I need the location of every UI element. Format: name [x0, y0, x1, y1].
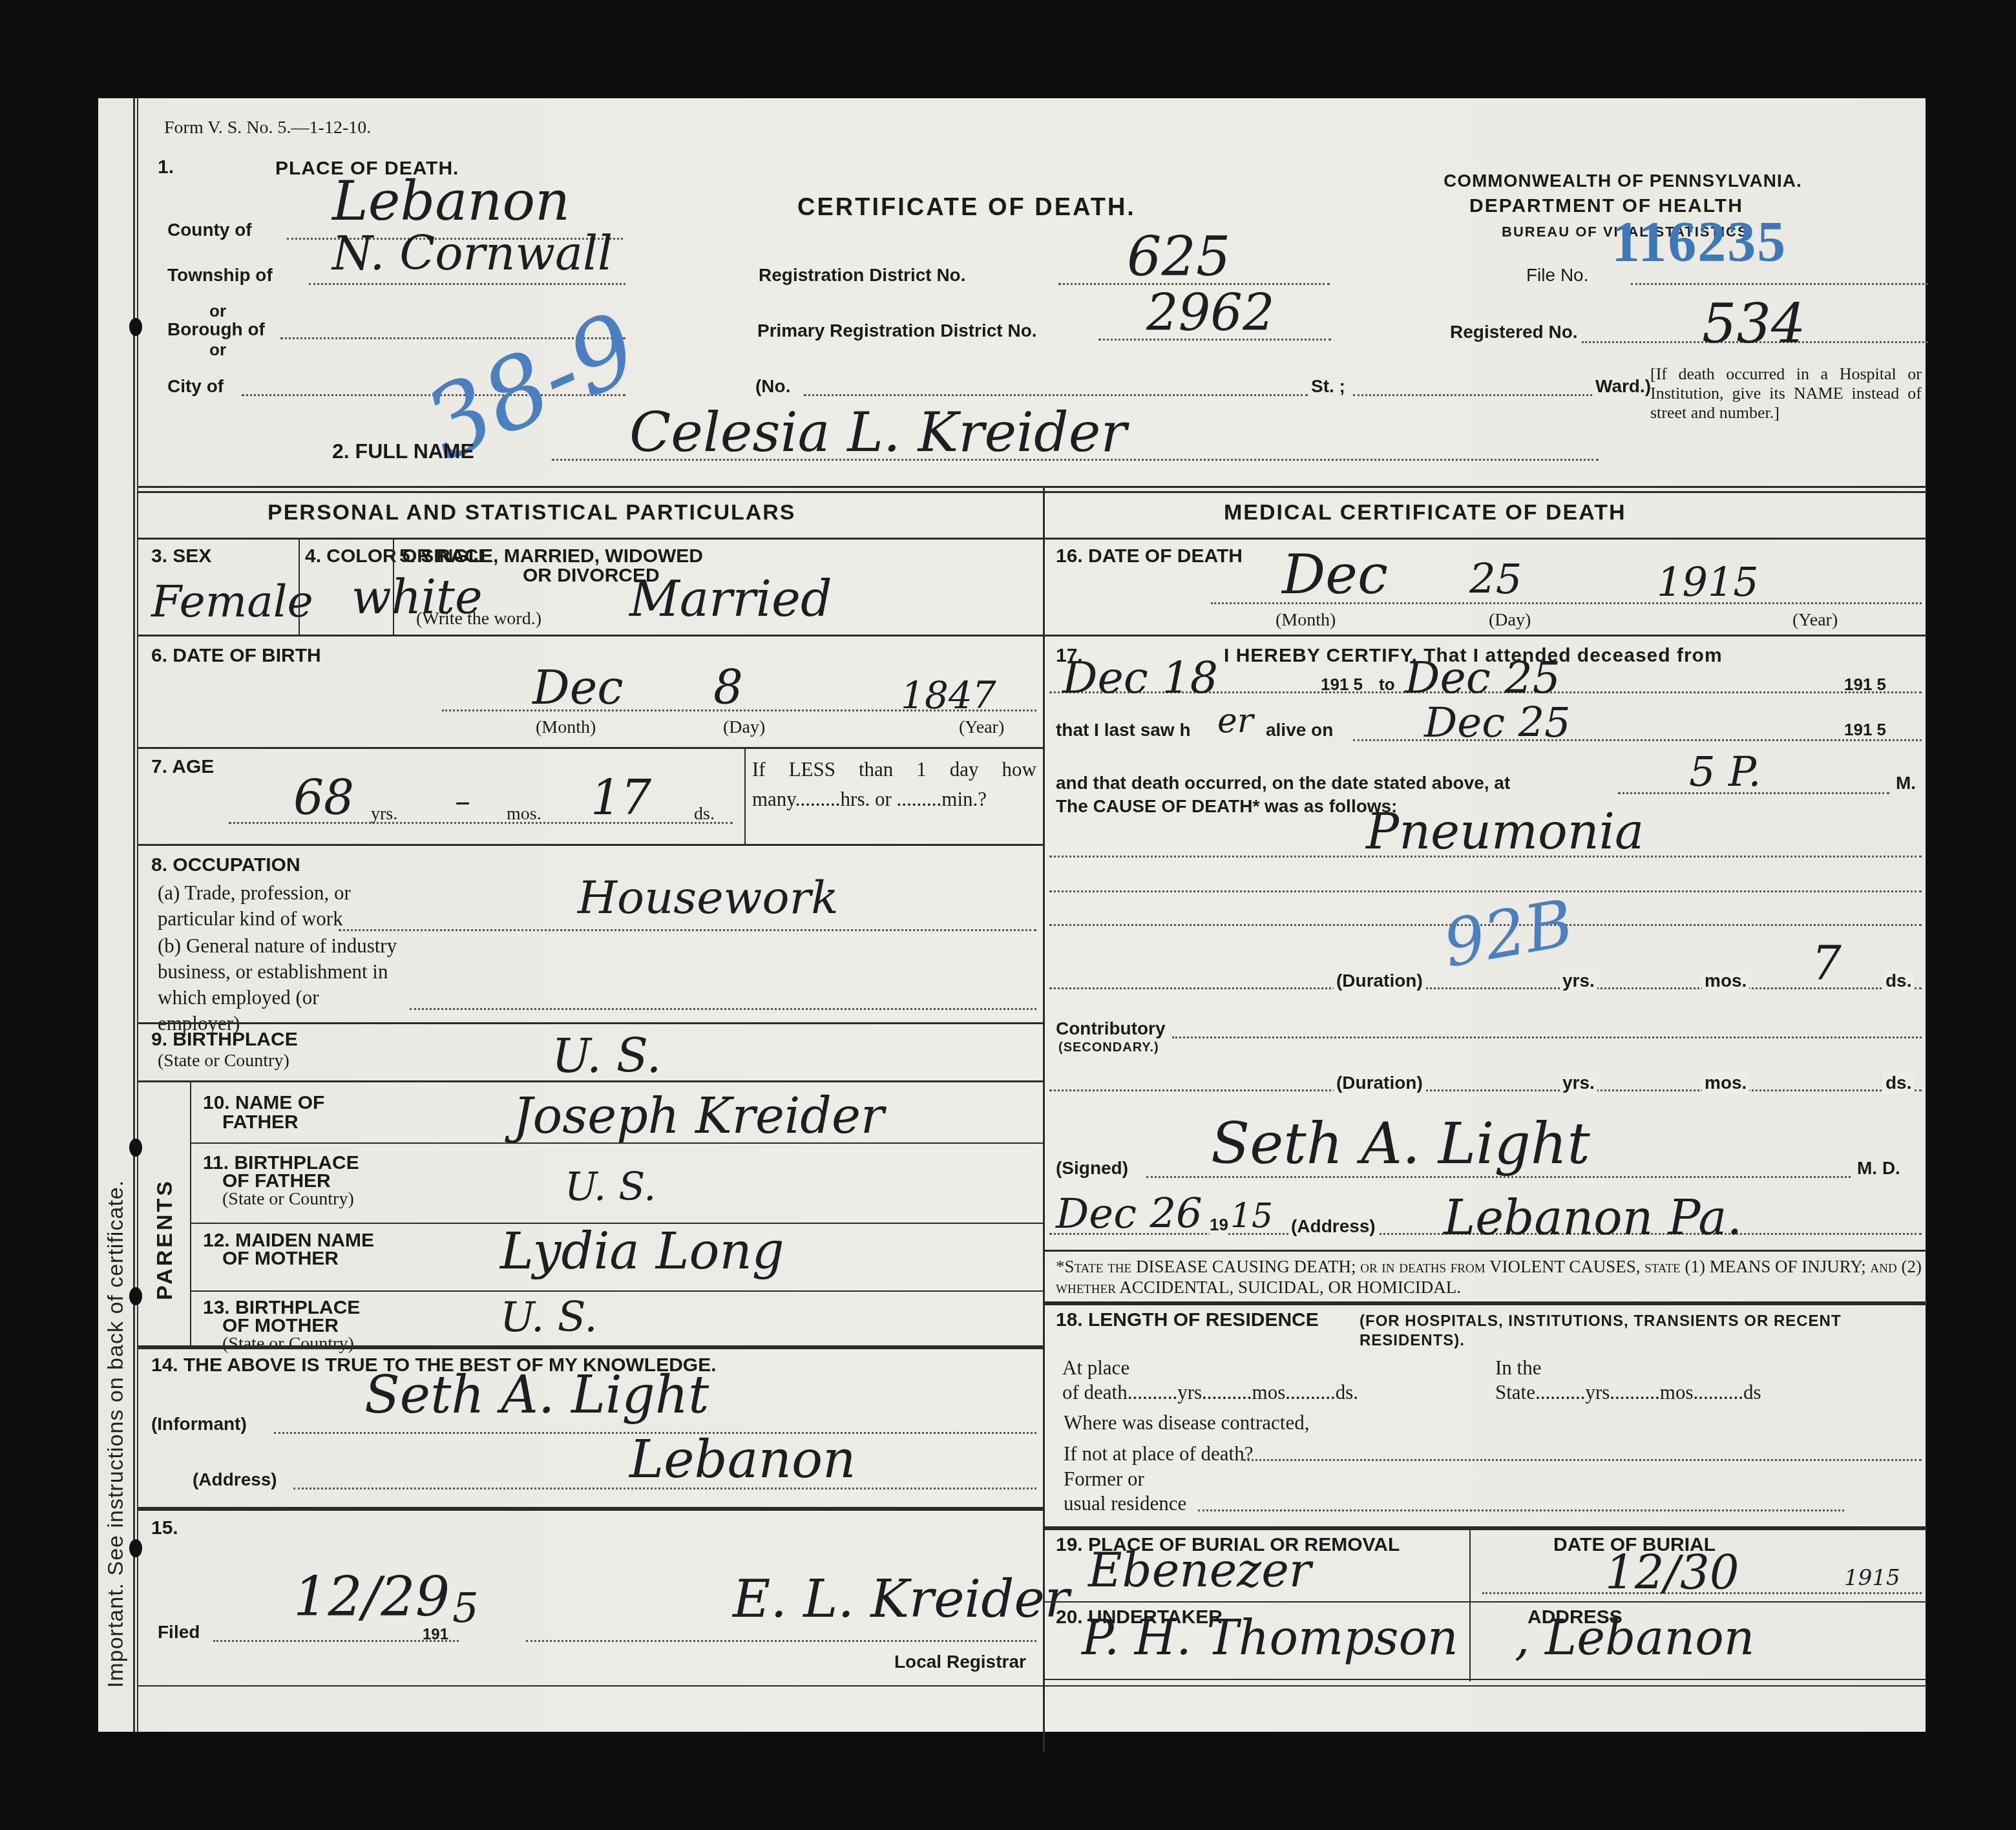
- signed-value: Seth A. Light: [1211, 1110, 1590, 1177]
- occupation-a-label: (a) Trade, profession, or particular kin…: [158, 880, 403, 932]
- yrs-label: yrs.: [371, 804, 397, 825]
- filed-value: 12/29: [293, 1565, 450, 1628]
- md-label: M. D.: [1857, 1158, 1900, 1179]
- residence-heading: 18. LENGTH OF RESIDENCE: [1056, 1309, 1319, 1331]
- divider: [138, 538, 1043, 540]
- mother-birthplace-label-2: OF MOTHER: [203, 1317, 360, 1335]
- undertaker-value: P. H. Thompson: [1082, 1610, 1458, 1666]
- registrar-label: Local Registrar: [894, 1652, 1026, 1672]
- divider: [1043, 1526, 1927, 1530]
- occupation-b-label: (b) General nature of industry business,…: [158, 933, 403, 1036]
- mother-label-2: OF MOTHER: [203, 1250, 374, 1268]
- at-place-label-2: of death..........yrs..........mos......…: [1062, 1380, 1358, 1405]
- cause-label: The CAUSE OF DEATH* was as follows:: [1056, 796, 1397, 817]
- marital-label-1: 5. SINGLE, MARRIED, WIDOWED: [399, 545, 703, 567]
- father-label: 10. NAME OF FATHER: [203, 1093, 324, 1132]
- birthplace-sub: (State or Country): [158, 1051, 289, 1071]
- cause-line-1: [1049, 856, 1922, 857]
- year-caption: (Year): [959, 717, 1004, 738]
- age-label: 7. AGE: [151, 756, 214, 778]
- divider: [138, 1507, 1043, 1511]
- mother-birthplace-value: U. S.: [500, 1294, 598, 1341]
- contracted-label-2: If not at place of death?: [1064, 1438, 1309, 1469]
- mos-label: mos.: [507, 804, 541, 825]
- registrar-value: E. L. Kreider: [733, 1569, 1069, 1629]
- employer-line: [410, 1008, 1036, 1010]
- divider: [1043, 1679, 1927, 1680]
- divider: [138, 491, 1927, 493]
- authority-line-1: COMMONWEALTH OF PENNSYLVANIA.: [1444, 171, 1802, 191]
- death-occurred-text: and that death occurred, on the date sta…: [1056, 773, 1510, 794]
- contributory-label: Contributory: [1056, 1018, 1166, 1039]
- divider: [138, 747, 1043, 749]
- alive-on-year: 191 5: [1844, 720, 1886, 740]
- township-label: Township of: [167, 265, 273, 286]
- file-number-stamp: 116235: [1612, 209, 1787, 275]
- dod-month: Dec: [1282, 543, 1388, 606]
- contracted-line: [1243, 1459, 1922, 1461]
- in-state-label-1: In the: [1495, 1356, 1761, 1380]
- county-value: Lebanon: [332, 169, 570, 233]
- former-residence-line: [1198, 1509, 1844, 1511]
- mother-label: 12. MAIDEN NAME OF MOTHER: [203, 1232, 374, 1268]
- cause-line-2: [1049, 890, 1922, 892]
- mother-value: Lydia Long: [500, 1223, 784, 1281]
- divider: [138, 1685, 1927, 1687]
- or-label: or: [209, 301, 226, 321]
- signed-year-prefix: 19: [1210, 1215, 1228, 1235]
- registration-district-value: 625: [1127, 225, 1230, 288]
- hospital-note: [If death occurred in a Hospital or Inst…: [1650, 364, 1922, 423]
- registered-no-label: Registered No.: [1450, 322, 1578, 342]
- mother-birthplace-sub: (State or Country): [203, 1335, 360, 1353]
- contracted-label-1: Where was disease contracted,: [1064, 1407, 1309, 1438]
- divider: [1043, 538, 1927, 540]
- binder-hole: [129, 318, 142, 336]
- marital-value: Married: [629, 570, 832, 627]
- contributory-duration-line: [1049, 1089, 1922, 1091]
- m-label: M.: [1896, 773, 1916, 794]
- to-label: to: [1379, 675, 1395, 695]
- informant-value: Seth A. Light: [364, 1365, 709, 1425]
- parents-divider: [190, 1080, 191, 1345]
- father-birthplace-sub: (State or Country): [203, 1190, 359, 1208]
- divider: [138, 1345, 1043, 1349]
- occupation-value: Housework: [578, 871, 839, 924]
- signed-label: (Signed): [1056, 1158, 1128, 1179]
- divider: [1043, 1301, 1927, 1305]
- dob-year: 1847: [901, 673, 996, 717]
- yrs-label: yrs.: [1560, 971, 1597, 991]
- city-label: City of: [167, 376, 224, 397]
- physician-address-value: Lebanon Pa.: [1444, 1190, 1742, 1246]
- divider: [1043, 1601, 1927, 1603]
- county-label: County of: [167, 220, 252, 240]
- registration-district-label: Registration District No.: [759, 265, 965, 286]
- father-birthplace-label: 11. BIRTHPLACE OF FATHER (State or Count…: [203, 1154, 359, 1208]
- father-birthplace-value: U. S.: [565, 1164, 656, 1210]
- birthplace-label: 9. BIRTHPLACE: [151, 1029, 298, 1051]
- ward-label: Ward.): [1595, 376, 1651, 397]
- occupation-line: [339, 929, 1036, 931]
- former-label-1: Former or: [1064, 1467, 1186, 1491]
- filed-line: [213, 1640, 459, 1642]
- primary-district-value: 2962: [1146, 284, 1275, 342]
- age-days: 17: [591, 770, 651, 826]
- blue-cause-code: 92B: [1438, 885, 1579, 982]
- last-saw-pronoun: er: [1217, 702, 1254, 741]
- contributory-line: [1172, 1036, 1922, 1038]
- informant-label: (Informant): [151, 1414, 247, 1435]
- duration-label: (Duration): [1334, 1073, 1425, 1093]
- alive-on-label: alive on: [1266, 720, 1333, 741]
- death-certificate: Important. See instructions on back of c…: [98, 98, 1926, 1732]
- divider: [393, 538, 394, 635]
- yrs-label: yrs.: [1560, 1073, 1597, 1093]
- divider: [138, 1080, 1043, 1082]
- father-birthplace-label-2: OF FATHER: [203, 1172, 359, 1190]
- township-line: [309, 283, 625, 285]
- signed-date: Dec 26: [1056, 1190, 1202, 1238]
- father-label-2: FATHER: [203, 1113, 324, 1132]
- ds-label: ds.: [1883, 971, 1914, 991]
- margin-instructions: Important. See instructions on back of c…: [103, 1180, 129, 1688]
- residence-heading-sub: (FOR HOSPITALS, INSTITUTIONS, TRANSIENTS…: [1360, 1312, 1915, 1351]
- less-than-day-note: If LESS than 1 day how many.........hrs.…: [752, 755, 1036, 814]
- sex-label: 3. SEX: [151, 545, 211, 567]
- informant-address-value: Lebanon: [629, 1429, 856, 1489]
- divider: [138, 844, 1043, 846]
- divider: [1043, 1250, 1927, 1252]
- dob-month: Dec: [532, 660, 624, 715]
- divider: [190, 1290, 1043, 1292]
- age-years: 68: [293, 770, 354, 826]
- birthplace-value: U. S.: [552, 1029, 662, 1083]
- divider: [744, 747, 746, 844]
- ward-line: [1353, 394, 1592, 396]
- alive-on-value: Dec 25: [1424, 699, 1571, 747]
- medical-heading: MEDICAL CERTIFICATE OF DEATH: [1224, 500, 1626, 525]
- mos-label: mos.: [1702, 971, 1749, 991]
- age-months: –: [455, 783, 470, 819]
- filed-year-prefix: 191: [423, 1626, 448, 1644]
- divider: [1469, 1526, 1471, 1681]
- certificate-title: CERTIFICATE OF DEATH.: [797, 194, 1136, 222]
- burial-date-year: 1915: [1844, 1565, 1900, 1591]
- registrar-line: [526, 1640, 1036, 1642]
- personal-heading: PERSONAL AND STATISTICAL PARTICULARS: [268, 500, 796, 525]
- at-place-label-1: At place: [1062, 1356, 1358, 1380]
- form-number: Form V. S. No. 5.—1-12-10.: [164, 118, 371, 138]
- street-no-label: (No.: [755, 376, 790, 397]
- in-state-label-2: State..........yrs..........mos.........…: [1495, 1380, 1761, 1405]
- form-area: Form V. S. No. 5.—1-12-10. 1. PLACE OF D…: [137, 98, 1926, 1732]
- dob-day: 8: [713, 660, 743, 715]
- filed-item: 15.: [151, 1517, 178, 1539]
- divider: [138, 1022, 1043, 1024]
- dod-year: 1915: [1657, 558, 1759, 605]
- duration-line: [1049, 987, 1922, 989]
- physician-address-label: (Address): [1288, 1216, 1378, 1237]
- father-birthplace-label-1: 11. BIRTHPLACE: [203, 1154, 359, 1172]
- ds-label: ds.: [1883, 1073, 1914, 1093]
- file-no-line: [1631, 283, 1928, 285]
- occupation-label: 8. OCCUPATION: [151, 854, 300, 876]
- registered-no-value: 534: [1702, 292, 1805, 355]
- day-caption: (Day): [1489, 610, 1531, 631]
- cause-value: Pneumonia: [1366, 803, 1644, 860]
- marital-hint: (Write the word.): [416, 609, 541, 629]
- filed-year-suffix: 5: [452, 1584, 479, 1632]
- day-caption: (Day): [723, 717, 765, 738]
- attended-from-year: 191 5: [1321, 675, 1363, 695]
- parents-label: PARENTS: [152, 1179, 178, 1300]
- file-no-label: File No.: [1526, 265, 1588, 286]
- mos-label: mos.: [1702, 1073, 1749, 1093]
- divider: [138, 635, 1043, 636]
- primary-district-label: Primary Registration District No.: [757, 321, 1037, 341]
- binder-hole: [129, 1139, 142, 1157]
- attended-to: Dec 25: [1405, 653, 1560, 704]
- street-label: St. ;: [1311, 376, 1345, 397]
- township-value: N. Cornwall: [332, 226, 613, 280]
- full-name-label: 2. FULL NAME: [332, 439, 474, 463]
- dob-label: 6. DATE OF BIRTH: [151, 645, 321, 667]
- month-caption: (Month): [1276, 610, 1336, 631]
- binder-hole: [129, 1287, 142, 1305]
- duration-label: (Duration): [1334, 971, 1425, 991]
- mother-label-1: 12. MAIDEN NAME: [203, 1232, 374, 1250]
- dod-day: 25: [1469, 556, 1522, 604]
- informant-address-label: (Address): [193, 1469, 277, 1490]
- month-caption: (Month): [536, 717, 596, 738]
- attended-to-year: 191 5: [1844, 675, 1886, 695]
- divider: [190, 1142, 1043, 1144]
- mother-birthplace-label-1: 13. BIRTHPLACE: [203, 1299, 360, 1317]
- secondary-label: (SECONDARY.): [1058, 1040, 1159, 1055]
- father-value: Joseph Kreider: [513, 1087, 884, 1144]
- undertaker-address-value: , Lebanon: [1515, 1610, 1754, 1666]
- divider: [1043, 635, 1927, 636]
- cause-footnote: *State the DISEASE CAUSING DEATH; or in …: [1056, 1256, 1922, 1298]
- or-label: or: [209, 340, 226, 360]
- item-1-number: 1.: [158, 156, 174, 178]
- center-divider: [1043, 486, 1045, 1752]
- duration-days: 7: [1812, 936, 1842, 990]
- borough-label: Borough of: [167, 319, 265, 340]
- death-time: 5 P.: [1689, 748, 1761, 796]
- full-name-value: Celesia L. Kreider: [629, 401, 1127, 464]
- street-line: [804, 394, 1308, 396]
- ds-label: ds.: [694, 804, 715, 825]
- residence-former: Former or usual residence: [1064, 1467, 1186, 1516]
- year-caption: (Year): [1792, 610, 1838, 631]
- divider: [299, 538, 300, 635]
- former-label-2: usual residence: [1064, 1491, 1186, 1516]
- burial-place-value: Ebenezer: [1088, 1543, 1311, 1597]
- divider: [138, 486, 1927, 488]
- father-label-1: 10. NAME OF: [203, 1093, 324, 1113]
- binder-hole: [129, 1539, 142, 1557]
- residence-in-state: In the State..........yrs..........mos..…: [1495, 1356, 1761, 1405]
- dod-label: 16. DATE OF DEATH: [1056, 545, 1243, 567]
- attended-from: Dec 18: [1062, 653, 1218, 704]
- sex-value: Female: [151, 576, 313, 627]
- filed-label: Filed: [158, 1622, 200, 1643]
- residence-at-place: At place of death..........yrs..........…: [1062, 1356, 1358, 1405]
- signed-year-suffix: 15: [1230, 1197, 1273, 1236]
- burial-date-value: 12/30: [1605, 1546, 1739, 1600]
- last-saw-text: that I last saw h: [1056, 720, 1191, 741]
- margin-strip: Important. See instructions on back of c…: [98, 98, 135, 1732]
